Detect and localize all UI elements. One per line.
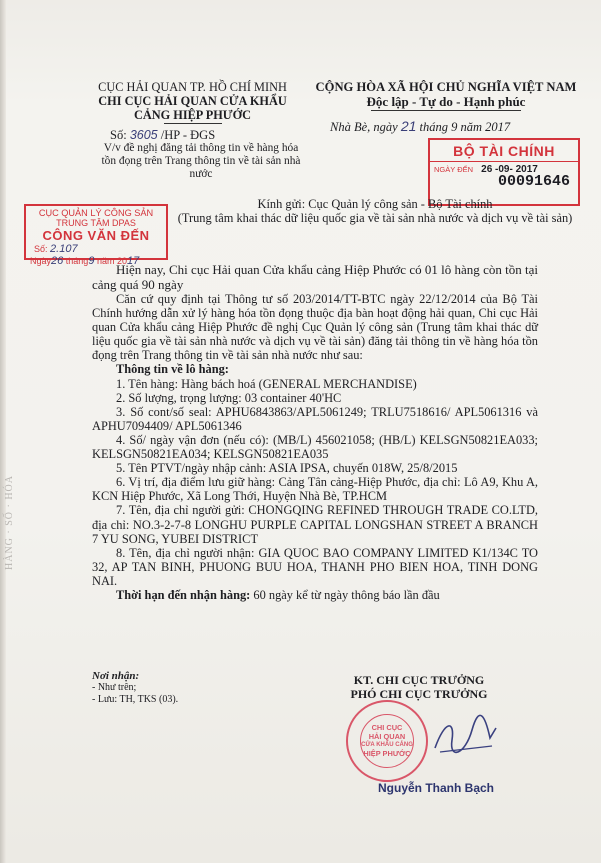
stamp-title: BỘ TÀI CHÍNH bbox=[430, 143, 578, 159]
shipment-item-quantity: 2. Số lượng, trọng lượng: 03 container 4… bbox=[92, 391, 538, 405]
stamp-thang-label: tháng bbox=[66, 256, 89, 266]
signer-title: PHÓ CHI CỤC TRƯỞNG bbox=[334, 687, 504, 701]
distribution-list: Nơi nhận: - Như trên; - Lưu: TH, TKS (03… bbox=[92, 670, 178, 706]
stamp-date-label: NGÀY ĐẾN bbox=[434, 165, 473, 174]
stamp-so-value: 2.107 bbox=[50, 243, 78, 255]
shipment-item-container: 3. Số cont/số seal: APHU6843863/APL50612… bbox=[92, 405, 538, 433]
deadline-value: 60 ngày kể từ ngày thông báo lần đầu bbox=[253, 588, 439, 602]
deadline-line: Thời hạn đến nhận hàng: 60 ngày kể từ ng… bbox=[92, 588, 538, 602]
distribution-line: - Lưu: TH, TKS (03). bbox=[92, 694, 178, 706]
document-number: Số: 3605 /HP - ĐGS bbox=[110, 128, 215, 143]
motto-underline bbox=[371, 110, 521, 111]
unit-name-line2: CẢNG HIỆP PHƯỚC bbox=[80, 108, 305, 122]
header-underline bbox=[164, 123, 222, 124]
so-label: Số: bbox=[110, 128, 127, 142]
stamp-separator bbox=[430, 161, 578, 162]
signer-name: Nguyễn Thanh Bạch bbox=[378, 781, 494, 795]
motto-line2: Độc lập - Tự do - Hạnh phúc bbox=[308, 95, 584, 110]
stamp-title: CÔNG VĂN ĐẾN bbox=[26, 228, 166, 243]
shipment-item-location: 6. Vị trí, địa điểm lưu giữ hàng: Cảng T… bbox=[92, 475, 538, 503]
handwritten-signature bbox=[430, 710, 500, 760]
paragraph-intro: Hiện nay, Chi cục Hải quan Cửa khẩu cảng… bbox=[92, 262, 538, 292]
motto-line1: CỘNG HÒA XÃ HỘI CHỦ NGHĨA VIỆT NAM bbox=[308, 80, 584, 95]
paragraph-legal-basis: Căn cứ quy định tại Thông tư số 203/2014… bbox=[92, 292, 538, 362]
distribution-line: - Như trên; bbox=[92, 682, 178, 694]
stamp-so-label: Số: bbox=[34, 244, 48, 254]
recipient-line2: (Trung tâm khai thác dữ liệu quốc gia về… bbox=[170, 211, 580, 225]
recipient-line1: Kính gửi: Cục Quản lý công sản - Bộ Tài … bbox=[170, 197, 580, 211]
shipment-item-vessel: 5. Tên PTVT/ngày nhập cảnh: ASIA IPSA, c… bbox=[92, 461, 538, 475]
stamp-number-row: Số: 2.107 bbox=[26, 243, 166, 255]
stamp-agency: CỤC QUẢN LÝ CÔNG SẢN bbox=[26, 208, 166, 218]
so-handwritten: 3605 bbox=[130, 128, 158, 142]
distribution-title: Nơi nhận: bbox=[92, 670, 178, 682]
shipment-item-bill-of-lading: 4. Số/ ngày vận đơn (nếu có): (MB/L) 456… bbox=[92, 433, 538, 461]
parent-agency: CỤC HẢI QUAN TP. HỒ CHÍ MINH bbox=[80, 80, 305, 94]
stamp-number: 00091646 bbox=[430, 173, 578, 190]
seal-line: HẢI QUAN bbox=[369, 733, 406, 742]
official-seal: CHI CỤC HẢI QUAN CỬA KHẨU CẢNG HIỆP PHƯỚ… bbox=[346, 700, 428, 782]
shipment-item-sender: 7. Tên, địa chỉ người gửi: CHONGQING REF… bbox=[92, 503, 538, 545]
signature-block: KT. CHI CỤC TRƯỞNG PHÓ CHI CỤC TRƯỞNG bbox=[334, 673, 504, 701]
unit-name-line1: CHI CỤC HẢI QUAN CỬA KHẨU bbox=[80, 94, 305, 108]
incoming-document-stamp: CỤC QUẢN LÝ CÔNG SẢN TRUNG TÂM DPAS CÔNG… bbox=[24, 204, 168, 260]
date-day: 21 bbox=[401, 118, 417, 134]
signer-authority: KT. CHI CỤC TRƯỞNG bbox=[334, 673, 504, 687]
shipment-item-goods: 1. Tên hàng: Hàng bách hoá (GENERAL MERC… bbox=[92, 377, 538, 391]
issue-date: Nhà Bè, ngày 21 tháng 9 năm 2017 bbox=[330, 118, 510, 135]
subject-line: V/v đề nghị đăng tải thông tin về hàng h… bbox=[98, 142, 304, 180]
so-suffix: /HP - ĐGS bbox=[161, 128, 215, 142]
stamp-ngay-label: Ngày bbox=[30, 256, 51, 266]
recipient-block: Kính gửi: Cục Quản lý công sản - Bộ Tài … bbox=[170, 197, 580, 225]
ministry-received-stamp: BỘ TÀI CHÍNH NGÀY ĐẾN 26 -09- 2017 00091… bbox=[428, 138, 580, 206]
deadline-label: Thời hạn đến nhận hàng: bbox=[116, 588, 250, 602]
seal-line: HIỆP PHƯỚC bbox=[363, 750, 410, 759]
letter-body: Hiện nay, Chi cục Hải quan Cửa khẩu cảng… bbox=[92, 262, 538, 602]
date-prefix: Nhà Bè, ngày bbox=[330, 120, 398, 134]
bleed-through-text: HÀNG · SỐ · HÓA bbox=[4, 440, 18, 570]
national-motto: CỘNG HÒA XÃ HỘI CHỦ NGHĨA VIỆT NAM Độc l… bbox=[308, 80, 584, 111]
shipment-item-receiver: 8. Tên, địa chỉ người nhận: GIA QUOC BAO… bbox=[92, 546, 538, 588]
shipment-section-title: Thông tin về lô hàng: bbox=[92, 362, 538, 376]
stamp-ngay-value: 26 bbox=[51, 255, 63, 267]
seal-inner: CHI CỤC HẢI QUAN CỬA KHẨU CẢNG HIỆP PHƯỚ… bbox=[360, 714, 414, 768]
page-edge-shadow bbox=[0, 0, 6, 863]
issuer-header: CỤC HẢI QUAN TP. HỒ CHÍ MINH CHI CỤC HẢI… bbox=[80, 80, 305, 124]
stamp-center: TRUNG TÂM DPAS bbox=[26, 218, 166, 228]
date-suffix: tháng 9 năm 2017 bbox=[420, 120, 511, 134]
